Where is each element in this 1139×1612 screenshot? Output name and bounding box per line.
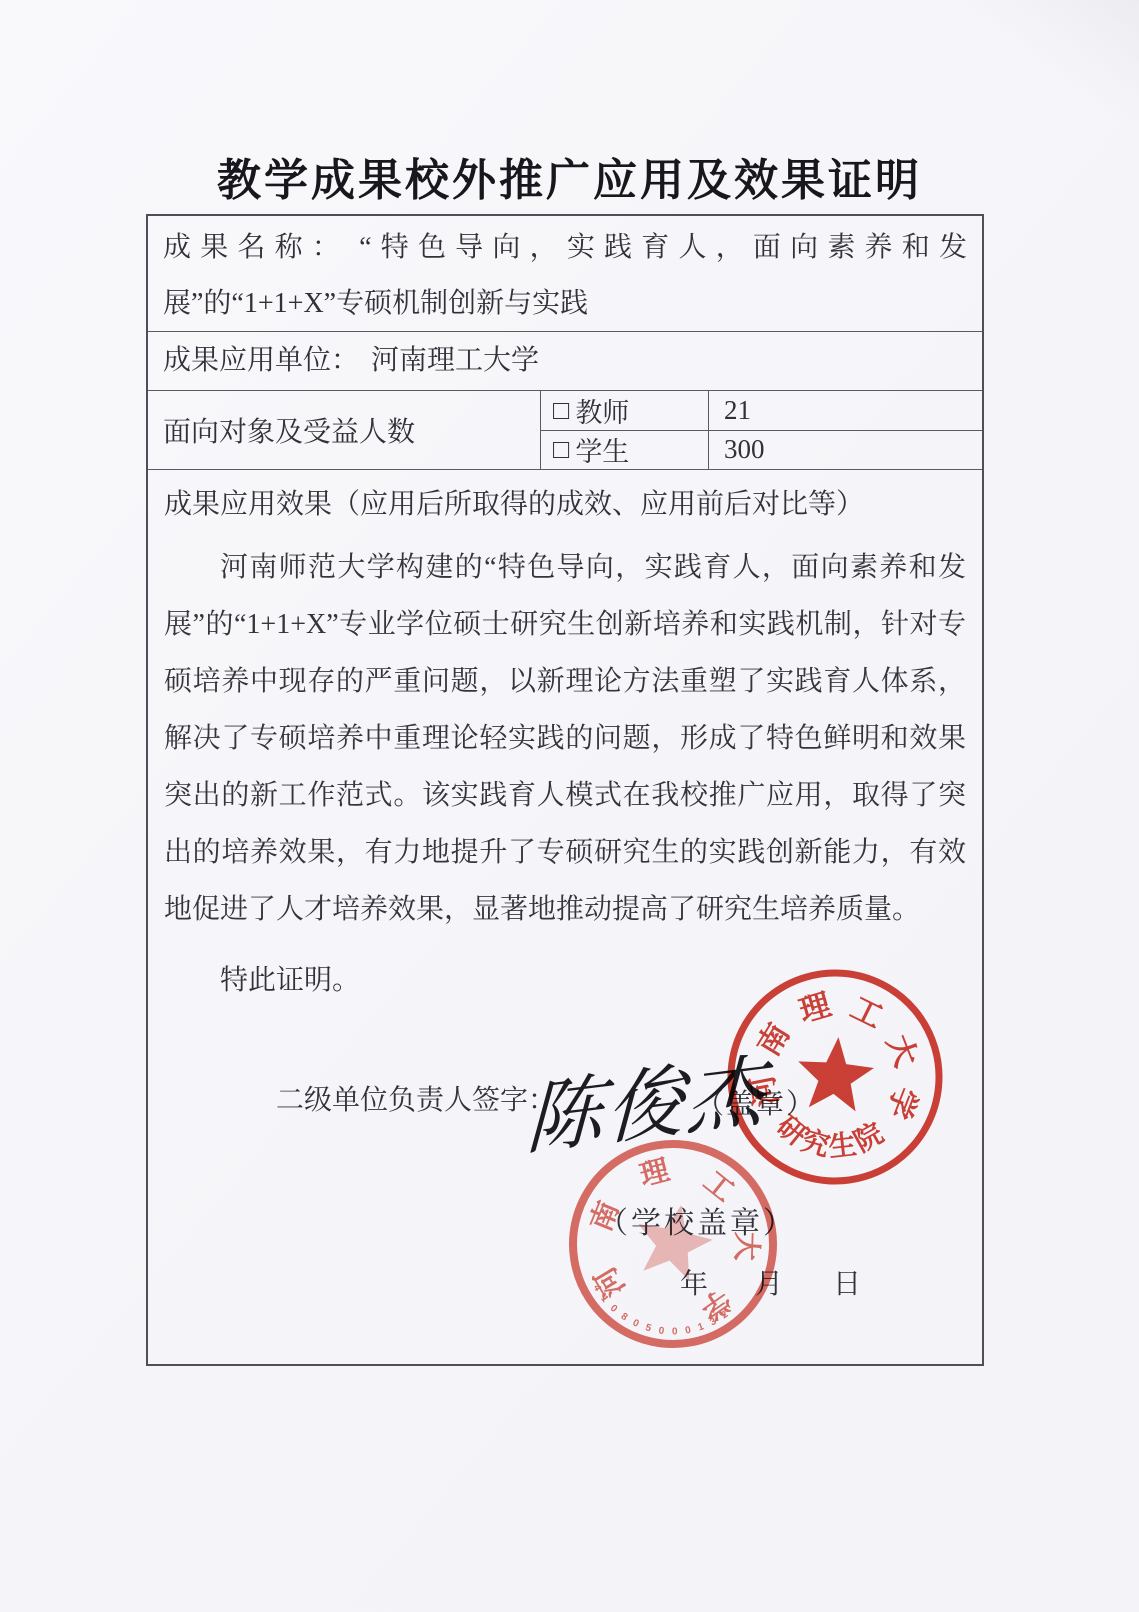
star-icon	[629, 1197, 718, 1284]
effect-paragraph: 河南师范大学构建的“特色导向，实践育人，面向素养和发展”的“1+1+X”专业学位…	[164, 539, 966, 938]
svg-text:5: 5	[644, 1322, 653, 1334]
star-icon	[794, 1034, 876, 1113]
achievement-name-row: 成果名称：“特色导向，实践育人，面向素养和发展”的“1+1+X”专硕机制创新与实…	[148, 216, 982, 332]
svg-text:0: 0	[631, 1318, 641, 1331]
audience-row: 面向对象及受益人数 □教师 21 □学生 300	[148, 391, 982, 470]
teachers-cell: □教师	[541, 391, 709, 430]
audience-subrow-teachers: □教师 21	[541, 391, 982, 430]
svg-text:0: 0	[658, 1325, 665, 1337]
applying-unit-label: 成果应用单位：	[163, 345, 359, 376]
svg-text:1: 1	[697, 1321, 706, 1333]
signature-label: 二级单位负责人签字：	[276, 1078, 556, 1118]
applying-unit-value: 河南理工大学	[371, 345, 539, 376]
svg-text:学: 学	[880, 1082, 924, 1123]
teachers-count: 21	[709, 391, 982, 430]
svg-text:0: 0	[684, 1325, 692, 1337]
effect-header: 成果应用效果（应用后所取得的成效、应用前后对比等）	[164, 482, 966, 528]
svg-text:理: 理	[795, 987, 835, 1029]
svg-text:工: 工	[697, 1165, 740, 1208]
audience-subtable: □教师 21 □学生 300	[540, 391, 982, 469]
checkbox-icon: □	[553, 434, 569, 465]
svg-text:南: 南	[751, 1017, 797, 1062]
teachers-label: 教师	[575, 391, 629, 430]
svg-text:南: 南	[584, 1197, 626, 1236]
svg-text:0: 0	[608, 1303, 620, 1315]
svg-text:大: 大	[730, 1231, 764, 1261]
students-count: 300	[709, 431, 982, 470]
students-cell: □学生	[541, 431, 709, 470]
audience-label: 面向对象及受益人数	[148, 391, 540, 469]
scan-corner-shade	[969, 0, 1139, 120]
audience-subrow-students: □学生 300	[541, 430, 982, 470]
svg-text:学: 学	[694, 1282, 737, 1326]
achievement-name-label: 成果名称：	[163, 232, 349, 263]
university-seal: 河南理工大学 410805000132	[556, 1127, 790, 1361]
document-title: 教学成果校外推广应用及效果证明	[0, 144, 1139, 208]
svg-text:理: 理	[637, 1154, 674, 1193]
svg-text:河: 河	[744, 1072, 784, 1109]
applying-unit-row: 成果应用单位：河南理工大学	[148, 332, 982, 391]
scanned-certificate-page: 教学成果校外推广应用及效果证明 成果名称：“特色导向，实践育人，面向素养和发展”…	[0, 0, 1139, 1612]
svg-text:8: 8	[619, 1311, 630, 1323]
svg-text:工: 工	[845, 990, 888, 1035]
students-label: 学生	[575, 430, 629, 469]
checkbox-icon: □	[553, 395, 569, 426]
svg-text:0: 0	[672, 1326, 678, 1337]
svg-text:大: 大	[880, 1030, 924, 1072]
date-day-label: 日	[833, 1262, 861, 1302]
